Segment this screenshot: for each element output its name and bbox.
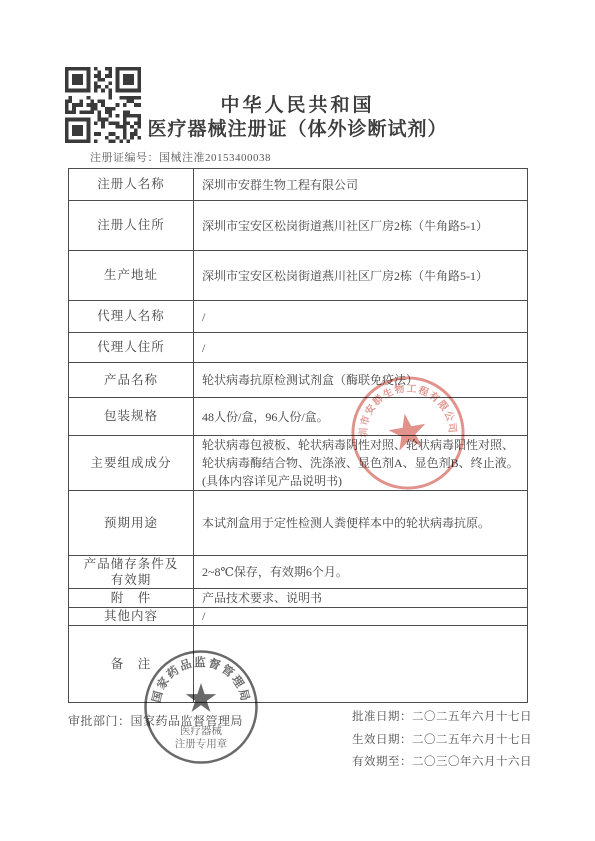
expiry-date-line: 有效期至：二〇三〇年六月十六日	[352, 751, 532, 774]
field-value: /	[194, 333, 527, 362]
field-label: 代理人名称	[69, 301, 194, 332]
registration-number-label: 注册证编号：	[90, 152, 159, 164]
table-row-remarks: 备 注	[69, 626, 527, 702]
field-label: 其他内容	[69, 608, 194, 625]
expiry-date-value: 二〇三〇年六月十六日	[412, 756, 532, 768]
table-row-registrant-address: 注册人住所 深圳市宝安区松岗街道燕川社区厂房2栋（牛角路5-1）	[69, 201, 527, 251]
authority-seal-stamp: 国家药品监督管理局 医疗器械 注册专用章	[141, 647, 261, 767]
field-label: 代理人住所	[69, 333, 194, 362]
expiry-date-label: 有效期至：	[352, 756, 412, 768]
field-value: 深圳市宝安区松岗街道燕川社区厂房2栋（牛角路5-1）	[194, 201, 527, 250]
title-country: 中华人民共和国	[0, 94, 595, 118]
field-label: 主要组成成分	[69, 436, 194, 490]
dates-block: 批准日期：二〇二五年六月十七日 生效日期：二〇二五年六月十七日 有效期至：二〇三…	[352, 706, 532, 774]
field-value: 深圳市安群生物工程有限公司	[194, 169, 527, 200]
registration-number-line: 注册证编号：国械注准20153400038	[90, 149, 271, 165]
field-value: 深圳市宝安区松岗街道燕川社区厂房2栋（牛角路5-1）	[194, 251, 527, 300]
table-row-agent-name: 代理人名称 /	[69, 301, 527, 333]
table-row-other-content: 其他内容 /	[69, 608, 527, 626]
registration-number-value: 国械注准20153400038	[159, 152, 271, 164]
document-title: 中华人民共和国 医疗器械注册证（体外诊断试剂）	[0, 94, 595, 142]
field-value: /	[194, 301, 527, 332]
field-label: 附 件	[69, 589, 194, 607]
field-label: 包装规格	[69, 398, 194, 435]
field-value: /	[194, 608, 527, 625]
field-label: 预期用途	[69, 491, 194, 555]
company-seal-stamp: 深圳市安群生物工程有限公司	[340, 365, 477, 502]
table-row-attachments: 附 件 产品技术要求、说明书	[69, 589, 527, 608]
table-row-agent-address: 代理人住所 /	[69, 333, 527, 363]
effective-date-label: 生效日期：	[352, 734, 412, 746]
field-label: 生产地址	[69, 251, 194, 300]
field-label: 产品名称	[69, 363, 194, 397]
star-icon	[186, 683, 216, 712]
approval-date-line: 批准日期：二〇二五年六月十七日	[352, 706, 532, 729]
table-row-registrant-name: 注册人名称 深圳市安群生物工程有限公司	[69, 169, 527, 201]
approval-department-label: 审批部门：	[68, 714, 131, 728]
authority-seal-line1: 医疗器械	[180, 724, 222, 737]
table-row-production-address: 生产地址 深圳市宝安区松岗街道燕川社区厂房2栋（牛角路5-1）	[69, 251, 527, 301]
approval-date-value: 二〇二五年六月十七日	[412, 711, 532, 723]
field-value: 产品技术要求、说明书	[194, 589, 527, 607]
field-value: 2~8℃保存，有效期6个月。	[194, 556, 527, 588]
approval-date-label: 批准日期：	[352, 711, 412, 723]
effective-date-line: 生效日期：二〇二五年六月十七日	[352, 729, 532, 752]
field-label: 注册人住所	[69, 201, 194, 250]
table-row-storage-validity: 产品储存条件及 有效期 2~8℃保存，有效期6个月。	[69, 556, 527, 589]
field-label: 注册人名称	[69, 169, 194, 200]
star-icon	[386, 410, 429, 452]
authority-seal-line2: 注册专用章	[175, 737, 228, 750]
title-certificate-type: 医疗器械注册证（体外诊断试剂）	[0, 118, 595, 142]
certificate-page: 中华人民共和国 医疗器械注册证（体外诊断试剂） 注册证编号：国械注准201534…	[0, 0, 595, 841]
field-label: 产品储存条件及 有效期	[69, 556, 194, 588]
effective-date-value: 二〇二五年六月十七日	[412, 734, 532, 746]
table-row-intended-use: 预期用途 本试剂盒用于定性检测人粪便样本中的轮状病毒抗原。	[69, 491, 527, 556]
